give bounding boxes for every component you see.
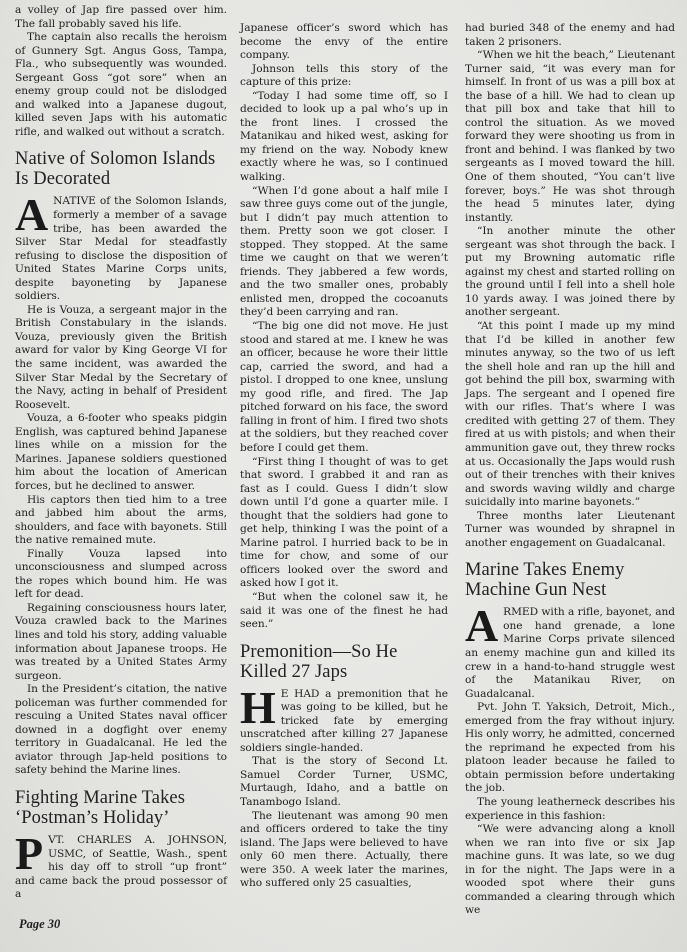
lead-caps: E HAD (281, 688, 320, 700)
headline: Premonition—So He Killed 27 Japs (240, 642, 448, 682)
article-machine-gun-nest: Marine Takes Enemy Machine Gun Nest ARME… (465, 560, 675, 918)
paragraph: Regaining consciousness hours later, Vou… (15, 602, 227, 683)
headline: Native of Solomon Islands Is Decorated (15, 149, 227, 189)
lead-text: USMC, of Seattle, Wash., spent his day o… (15, 848, 227, 901)
lead-paragraph: HE HAD a premonition that he was going t… (240, 688, 448, 756)
lead-paragraph: ARMED with a rifle, bayonet, and one han… (465, 606, 675, 701)
paragraph: a volley of Jap fire passed over him. Th… (15, 4, 227, 31)
page-number: Page 30 (19, 917, 60, 932)
paragraph: He is Vouza, a sergeant major in the Bri… (15, 304, 227, 412)
lead-caps: RMED (503, 606, 538, 618)
drop-cap: H (240, 690, 276, 726)
paragraph: “First thing I thought of was to get tha… (240, 456, 448, 591)
paragraph: “In another minute the other sergeant wa… (465, 225, 675, 320)
lead-paragraph: ANATIVE of the Solomon Islands, formerly… (15, 195, 227, 303)
lead-caps: VT. CHARLES A. JOHNSON, (48, 834, 227, 846)
paragraph: The captain also recalls the heroism of … (15, 31, 227, 139)
paragraph: “Today I had some time off, so I decided… (240, 90, 448, 185)
paragraph: Johnson tells this story of the capture … (240, 63, 448, 90)
drop-cap: A (465, 608, 498, 644)
column-2: Japanese officer’s sword which has becom… (240, 22, 448, 891)
paragraph: “At this point I made up my mind that I’… (465, 320, 675, 510)
paragraph: “When I’d gone about a half mile I saw t… (240, 185, 448, 320)
article-postmans-holiday: Fighting Marine Takes ‘Postman’s Holiday… (15, 788, 227, 902)
article-native-solomon-islands: Native of Solomon Islands Is Decorated A… (15, 149, 227, 778)
paragraph: “When we hit the beach,” Lieutenant Turn… (465, 49, 675, 225)
article-premonition: Premonition—So He Killed 27 Japs HE HAD … (240, 642, 448, 891)
paragraph: The young leatherneck describes his expe… (465, 796, 675, 823)
paragraph: In the President’s citation, the native … (15, 683, 227, 778)
column-3: had buried 348 of the enemy and had take… (465, 22, 675, 918)
paragraph: Three months later Lieutenant Turner was… (465, 510, 675, 551)
paragraph: That is the story of Second Lt. Samuel C… (240, 755, 448, 809)
headline: Marine Takes Enemy Machine Gun Nest (465, 560, 675, 600)
paragraph: His captors then tied him to a tree and … (15, 494, 227, 548)
drop-cap: P (15, 836, 43, 872)
paragraph: The lieutenant was among 90 men and offi… (240, 810, 448, 891)
paragraph: Vouza, a 6-footer who speaks pidgin Engl… (15, 412, 227, 493)
lead-paragraph: PVT. CHARLES A. JOHNSON, USMC, of Seattl… (15, 834, 227, 902)
drop-cap: A (15, 197, 48, 233)
paragraph: Japanese officer’s sword which has becom… (240, 22, 448, 63)
paragraph: Pvt. John T. Yaksich, Detroit, Mich., em… (465, 701, 675, 796)
paragraph: had buried 348 of the enemy and had take… (465, 22, 675, 49)
lead-caps: NATIVE (53, 195, 96, 207)
paragraph: Finally Vouza lapsed into unconsciousnes… (15, 548, 227, 602)
column-1: a volley of Jap fire passed over him. Th… (15, 4, 227, 902)
paragraph: “We were advancing along a knoll when we… (465, 823, 675, 918)
paragraph: “But when the colonel saw it, he said it… (240, 591, 448, 632)
headline: Fighting Marine Takes ‘Postman’s Holiday… (15, 788, 227, 828)
magazine-page: a volley of Jap fire passed over him. Th… (0, 0, 687, 952)
paragraph: “The big one did not move. He just stood… (240, 320, 448, 455)
